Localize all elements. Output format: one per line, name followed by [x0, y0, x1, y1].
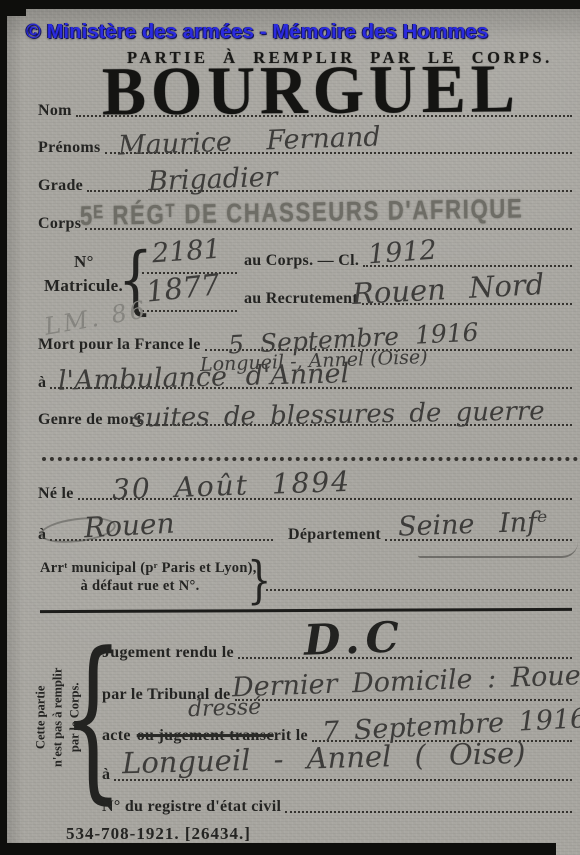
- acte-correction-value: dressé: [188, 697, 262, 722]
- mort-label: Mort pour la France le: [38, 336, 201, 354]
- classe-value: 1912: [367, 237, 437, 269]
- matricule-label-line1: N°: [74, 252, 94, 272]
- corps-label: Corps: [38, 215, 81, 233]
- jugement-lieu-dotted-line: [114, 779, 572, 781]
- ink-flourish-underline: [418, 542, 578, 558]
- acte-prefix-label: acte: [102, 727, 131, 745]
- jugement-rendu-label: Jugement rendu le: [102, 644, 234, 662]
- grade-value: Brigadier: [148, 164, 278, 196]
- section-separator-dotted: [42, 444, 578, 461]
- matricule-label-line2: Matricule.: [44, 276, 123, 296]
- nom-value: BOURGUEL: [102, 55, 520, 127]
- nom-label: Nom: [38, 102, 72, 120]
- genre-mort-value: suites de blessures de guerre: [132, 398, 545, 431]
- prenoms-label: Prénoms: [38, 139, 101, 157]
- arrondissement-dotted-line: [266, 575, 572, 591]
- jugement-rendu-value: D.C: [303, 616, 405, 661]
- arrondissement-label-line1: Arrᵗ municipal (pʳ Paris et Lyon),: [40, 560, 257, 577]
- au-recrutement-label: au Recrutement: [244, 290, 358, 308]
- lieu-mort-label: à: [38, 374, 46, 392]
- naissance-lieu-value: Rouen: [83, 510, 175, 543]
- section-divider-rule: [40, 608, 572, 613]
- registre-dotted-line: [285, 811, 572, 813]
- arrondissement-label-line2: à défaut rue et N°.: [40, 578, 240, 595]
- registre-label: N° du registre d'état civil: [102, 798, 281, 816]
- jugement-lieu-label: à: [102, 766, 110, 784]
- matricule-num-corps: 2181: [151, 236, 221, 268]
- death-record-card: © Ministère des armées - Mémoire des Hom…: [0, 0, 580, 855]
- matricule-num-recrutement: 1877: [145, 270, 221, 307]
- departement-value: Seine Infᵉ: [398, 508, 548, 540]
- genre-mort-label: Genre de mort: [38, 411, 142, 429]
- grade-label: Grade: [38, 177, 83, 195]
- naissance-label: Né le: [38, 485, 74, 503]
- naissance-date-value: 30 Août 1894: [112, 468, 352, 504]
- lieu-mort-value: l'Ambulance d'Annel: [58, 360, 350, 395]
- pencil-annotation: LM. 86: [43, 297, 150, 339]
- departement-label: Département: [288, 526, 381, 544]
- au-corps-label: au Corps. — Cl.: [244, 252, 359, 270]
- side-note-line1: Cette partie: [33, 627, 50, 807]
- watermark-text: © Ministère des armées - Mémoire des Hom…: [26, 21, 488, 44]
- form-reference-number: 534-708-1921. [26434.]: [66, 824, 251, 844]
- scan-edge-bottom: [0, 843, 556, 855]
- scan-edge-left: [0, 0, 7, 855]
- scan-edge-top: [0, 0, 580, 9]
